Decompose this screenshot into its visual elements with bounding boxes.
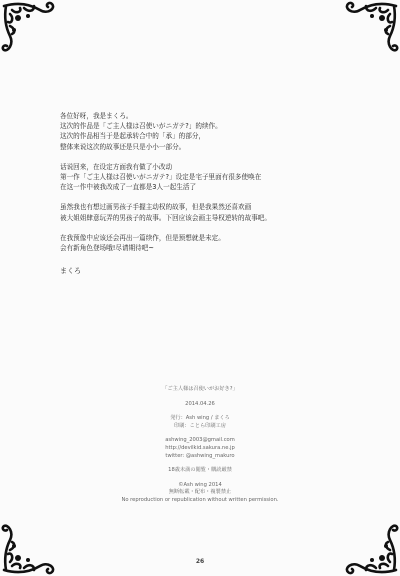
flourish-icon <box>330 0 400 60</box>
text-line: 被大姐姐肆意玩弄的男孩子的故事。下回应该会画主导权逆转的故事吧。 <box>60 213 360 223</box>
corner-flourish-bottom-left <box>0 516 70 576</box>
paragraph-3: 虽然我也有想过画男孩子手握主动权的故事，但是我果然还喜欢画 被大姐姐肆意玩弄的男… <box>60 202 360 222</box>
publisher: 発行：Ash wing / まくろ <box>0 415 400 423</box>
text-line: 这次的作品是「ご主人様は召使いがニガテ?」的续作。 <box>60 121 360 131</box>
text-line: 话说回来，在设定方面我有做了小改动 <box>60 162 360 172</box>
text-line: 第一作「ご主人様は召使いがニガテ?」设定是宅子里面有很多使唤在 <box>60 172 360 182</box>
text-line: 会有新角色登场哦!尽请期待吧~ <box>60 243 360 253</box>
flourish-icon <box>330 516 400 576</box>
text-line: 整体来说这次的故事还是只是小小一部分。 <box>60 142 360 152</box>
afterword-text: 各位好呀，我是まくろ。 这次的作品是「ご主人様は召使いがニガテ?」的续作。 这次… <box>60 111 360 263</box>
text-line: 虽然我也有想过画男孩子手握主动权的故事，但是我果然还喜欢画 <box>60 202 360 212</box>
corner-flourish-bottom-right <box>330 516 400 576</box>
age-restriction-notice: 18歳未満の閲覧・購読厳禁 <box>0 467 400 475</box>
flourish-icon <box>0 0 70 60</box>
book-title: 「ご主人様は召使いがお好き?」 <box>0 386 400 394</box>
corner-flourish-top-left <box>0 0 70 60</box>
page-number: 26 <box>0 558 400 565</box>
contact-email: ashwing_2003@gmail.com <box>0 437 400 445</box>
corner-flourish-top-right <box>330 0 400 60</box>
text-line: 这次的作品相当于是起承转合中的「承」的部分， <box>60 131 360 141</box>
no-reproduction-notice: No reproduction or republication without… <box>0 497 400 505</box>
website-url: http://devilkid.sakura.ne.jp <box>0 445 400 453</box>
paragraph-1: 各位好呀，我是まくろ。 这次的作品是「ご主人様は召使いがニガテ?」的续作。 这次… <box>60 111 360 152</box>
printer: 印刷：ことら印刷工房 <box>0 423 400 431</box>
paragraph-2: 话说回来，在设定方面我有做了小改动 第一作「ご主人様は召使いがニガテ?」设定是宅… <box>60 162 360 193</box>
colophon: 「ご主人様は召使いがお好き?」 2014.04.26 発行：Ash wing /… <box>0 386 400 505</box>
twitter-handle: twitter: @ashwing_makuro <box>0 453 400 461</box>
flourish-icon <box>0 516 70 576</box>
text-line: 在这一作中被我改成了一直都是3人一起生活了 <box>60 182 360 192</box>
publish-date: 2014.04.26 <box>0 401 400 409</box>
no-reprint-notice: 無断転載・配布・複製禁止 <box>0 489 400 497</box>
author-signature: まくろ <box>60 266 81 276</box>
paragraph-4: 在我预像中应该还会再出一篇续作，但是预想就是未定。 会有新角色登场哦!尽请期待吧… <box>60 233 360 253</box>
text-line: 各位好呀，我是まくろ。 <box>60 111 360 121</box>
text-line: 在我预像中应该还会再出一篇续作，但是预想就是未定。 <box>60 233 360 243</box>
